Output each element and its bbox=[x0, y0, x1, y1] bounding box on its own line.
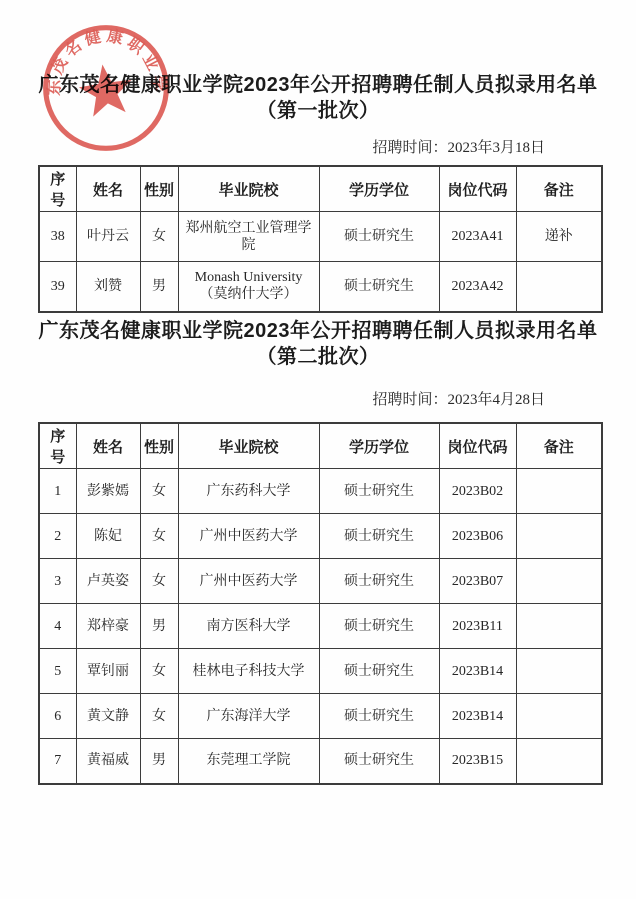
roster-table-batch2: 序号姓名性别毕业院校学历学位岗位代码备注1彭紫嫣女广东药科大学硕士研究生2023… bbox=[38, 422, 603, 785]
table-cell: 女 bbox=[140, 694, 178, 739]
table-cell bbox=[516, 262, 602, 312]
table-row: 2陈妃女广州中医药大学硕士研究生2023B06 bbox=[39, 514, 602, 559]
table-cell: 39 bbox=[39, 262, 76, 312]
table-cell: 南方医科大学 bbox=[178, 604, 319, 649]
table-cell: 2023A41 bbox=[439, 212, 516, 262]
table-cell: 2023B07 bbox=[439, 559, 516, 604]
table-cell: 5 bbox=[39, 649, 76, 694]
table-row: 4郑梓豪男南方医科大学硕士研究生2023B11 bbox=[39, 604, 602, 649]
table-cell: 2023B02 bbox=[439, 469, 516, 514]
table-cell: 卢英姿 bbox=[76, 559, 140, 604]
table-cell: 东莞理工学院 bbox=[178, 739, 319, 784]
table-cell: 刘赞 bbox=[76, 262, 140, 312]
table-cell bbox=[516, 604, 602, 649]
table-cell: 彭紫嫣 bbox=[76, 469, 140, 514]
document-title-batch1-line1: 广东茂名健康职业学院2023年公开招聘聘任制人员拟录用名单 bbox=[0, 72, 636, 98]
document-title-batch2: 广东茂名健康职业学院2023年公开招聘聘任制人员拟录用名单 （第二批次） bbox=[0, 318, 636, 370]
table-cell: 2023B11 bbox=[439, 604, 516, 649]
table-cell: 女 bbox=[140, 212, 178, 262]
header-cell: 性别 bbox=[140, 423, 178, 469]
table-cell: 男 bbox=[140, 262, 178, 312]
table-cell: 黄文静 bbox=[76, 694, 140, 739]
table-row: 6黄文静女广东海洋大学硕士研究生2023B14 bbox=[39, 694, 602, 739]
table-cell: 硕士研究生 bbox=[319, 604, 439, 649]
table-cell: 38 bbox=[39, 212, 76, 262]
table-cell: 硕士研究生 bbox=[319, 212, 439, 262]
table-cell: 硕士研究生 bbox=[319, 514, 439, 559]
header-cell: 岗位代码 bbox=[439, 166, 516, 212]
table-row: 39刘赞男Monash University（莫纳什大学）硕士研究生2023A4… bbox=[39, 262, 602, 312]
document-title-batch1-line2: （第一批次） bbox=[0, 98, 636, 124]
header-cell: 备注 bbox=[516, 166, 602, 212]
table-row: 38叶丹云女郑州航空工业管理学院硕士研究生2023A41递补 bbox=[39, 212, 602, 262]
header-cell: 姓名 bbox=[76, 423, 140, 469]
table-cell: 2023B14 bbox=[439, 694, 516, 739]
table-cell: 广东药科大学 bbox=[178, 469, 319, 514]
table-cell: 2023B06 bbox=[439, 514, 516, 559]
header-cell: 学历学位 bbox=[319, 166, 439, 212]
table-cell: 叶丹云 bbox=[76, 212, 140, 262]
header-cell: 序号 bbox=[39, 166, 76, 212]
table-cell: 2023A42 bbox=[439, 262, 516, 312]
table-cell: 桂林电子科技大学 bbox=[178, 649, 319, 694]
table-cell: 硕士研究生 bbox=[319, 262, 439, 312]
table-cell: 1 bbox=[39, 469, 76, 514]
table-cell: 广东海洋大学 bbox=[178, 694, 319, 739]
header-row: 序号姓名性别毕业院校学历学位岗位代码备注 bbox=[39, 423, 602, 469]
table-cell: 硕士研究生 bbox=[319, 469, 439, 514]
header-cell: 姓名 bbox=[76, 166, 140, 212]
recruitment-date-batch2: 招聘时间：2023年4月28日 bbox=[372, 388, 545, 409]
document-title-batch2-line2: （第二批次） bbox=[0, 344, 636, 370]
header-cell: 毕业院校 bbox=[178, 423, 319, 469]
header-cell: 岗位代码 bbox=[439, 423, 516, 469]
table-cell: 2023B15 bbox=[439, 739, 516, 784]
table-cell: 女 bbox=[140, 559, 178, 604]
header-cell: 学历学位 bbox=[319, 423, 439, 469]
table-cell bbox=[516, 559, 602, 604]
table-cell: 广州中医药大学 bbox=[178, 514, 319, 559]
table-cell: 黄福威 bbox=[76, 739, 140, 784]
table-row: 5覃钊丽女桂林电子科技大学硕士研究生2023B14 bbox=[39, 649, 602, 694]
table-cell: 3 bbox=[39, 559, 76, 604]
document-title-batch1: 广东茂名健康职业学院2023年公开招聘聘任制人员拟录用名单 （第一批次） bbox=[0, 72, 636, 124]
header-cell: 序号 bbox=[39, 423, 76, 469]
table-cell bbox=[516, 739, 602, 784]
roster-table-batch1: 序号姓名性别毕业院校学历学位岗位代码备注38叶丹云女郑州航空工业管理学院硕士研究… bbox=[38, 165, 603, 313]
table-cell: 广州中医药大学 bbox=[178, 559, 319, 604]
table-cell: 女 bbox=[140, 469, 178, 514]
header-cell: 性别 bbox=[140, 166, 178, 212]
table-cell: 硕士研究生 bbox=[319, 694, 439, 739]
header-row: 序号姓名性别毕业院校学历学位岗位代码备注 bbox=[39, 166, 602, 212]
table-cell bbox=[516, 469, 602, 514]
table-cell: 陈妃 bbox=[76, 514, 140, 559]
table-cell: 男 bbox=[140, 739, 178, 784]
document-title-batch2-line1: 广东茂名健康职业学院2023年公开招聘聘任制人员拟录用名单 bbox=[0, 318, 636, 344]
table-cell: 女 bbox=[140, 514, 178, 559]
table-row: 1彭紫嫣女广东药科大学硕士研究生2023B02 bbox=[39, 469, 602, 514]
table-cell: 2 bbox=[39, 514, 76, 559]
table-cell: 硕士研究生 bbox=[319, 739, 439, 784]
table-cell: 硕士研究生 bbox=[319, 649, 439, 694]
table-cell: 覃钊丽 bbox=[76, 649, 140, 694]
header-cell: 备注 bbox=[516, 423, 602, 469]
table-cell: 6 bbox=[39, 694, 76, 739]
table-cell bbox=[516, 514, 602, 559]
table-cell: 女 bbox=[140, 649, 178, 694]
table-row: 7黄福威男东莞理工学院硕士研究生2023B15 bbox=[39, 739, 602, 784]
table-cell: 递补 bbox=[516, 212, 602, 262]
document-page: 广东茂名健康职业学院2023年公开招聘聘任制人员拟录用名单 （第一批次） 招聘时… bbox=[0, 0, 636, 899]
table-cell: Monash University（莫纳什大学） bbox=[178, 262, 319, 312]
table-cell: 7 bbox=[39, 739, 76, 784]
header-cell: 毕业院校 bbox=[178, 166, 319, 212]
table-cell: 郑梓豪 bbox=[76, 604, 140, 649]
recruitment-date-batch1: 招聘时间：2023年3月18日 bbox=[372, 136, 545, 157]
table-cell bbox=[516, 649, 602, 694]
table-row: 3卢英姿女广州中医药大学硕士研究生2023B07 bbox=[39, 559, 602, 604]
table-cell: 男 bbox=[140, 604, 178, 649]
table-cell: 硕士研究生 bbox=[319, 559, 439, 604]
table-cell: 2023B14 bbox=[439, 649, 516, 694]
table-cell: 郑州航空工业管理学院 bbox=[178, 212, 319, 262]
table-cell: 4 bbox=[39, 604, 76, 649]
table-cell bbox=[516, 694, 602, 739]
